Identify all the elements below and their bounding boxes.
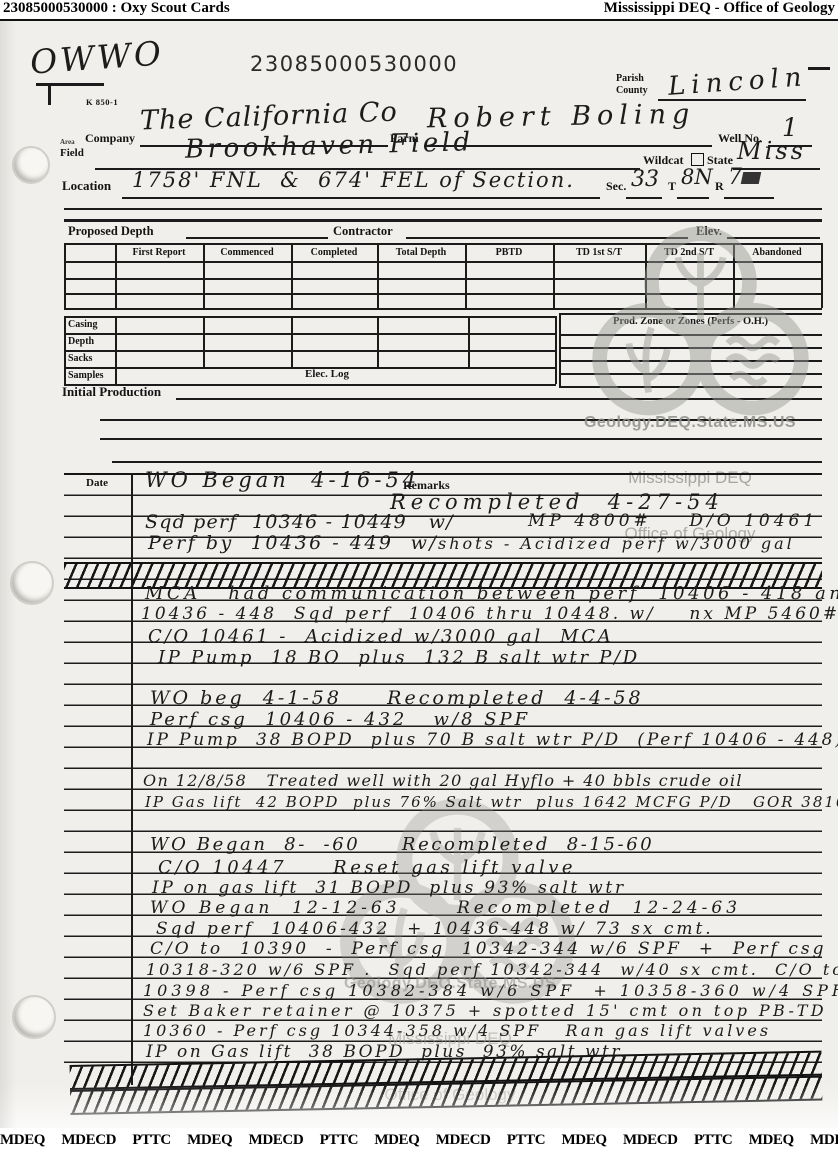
- range-underline: [724, 197, 774, 199]
- initial-production-rule: [176, 398, 822, 400]
- casing-table-rule: [64, 316, 556, 318]
- punch-hole: [12, 995, 56, 1039]
- viewer-title-right: Mississippi DEQ - Office of Geology: [604, 0, 835, 17]
- county-label: County: [616, 85, 648, 96]
- remarks-line: Perf csg 10406 - 432 w/8 SPF: [150, 711, 530, 729]
- remarks-line: 10398 - Perf csg 10382-384 w/6 SPF + 103…: [143, 983, 838, 999]
- remarks-line: IP Gas lift 42 BOPD plus 76% Salt wtr pl…: [145, 795, 838, 810]
- form-number: K 850-1: [86, 97, 118, 107]
- report-table-rule: [377, 243, 379, 308]
- report-table-rule: [64, 293, 822, 295]
- remarks-line: IP on gas lift 31 BOPD plus 93% salt wtr: [152, 880, 626, 897]
- remarks-line: WO Began 4-16-54: [145, 470, 420, 491]
- casing-table-rule: [115, 316, 117, 384]
- casing-row-label: Casing: [68, 319, 97, 330]
- prod-zone-rule: [559, 347, 822, 349]
- report-table-rule: [64, 243, 66, 308]
- township-underline: [677, 197, 709, 199]
- report-col-header: TD 1st S/T: [557, 247, 641, 258]
- state-underline: [733, 168, 820, 170]
- casing-row-label: Sacks: [68, 353, 92, 364]
- casing-table-rule: [64, 316, 66, 384]
- remarks-line: WO Began 8- -60 Recompleted 8-15-60: [150, 836, 654, 854]
- remarks-line: IP Pump 38 BOPD plus 70 B salt wtr P/D (…: [147, 732, 838, 749]
- casing-table-rule: [291, 316, 293, 367]
- date-label: Date: [86, 477, 108, 489]
- range-label: R: [715, 179, 724, 194]
- report-table-rule: [64, 261, 822, 263]
- casing-table-rule: [377, 316, 379, 367]
- remarks-line: On 12/8/58 Treated well with 20 gal Hyfl…: [143, 773, 743, 789]
- report-table-rule: [821, 243, 823, 308]
- viewer-footer: MDEQ MDECD PTTC MDEQ MDECD PTTC MDEQ MDE…: [0, 1130, 838, 1151]
- prod-zone-rule: [559, 334, 822, 336]
- prod-zone-label: Prod. Zone or Zones (Perfs - O.H.): [561, 316, 820, 327]
- scan-artifact-dash: [808, 67, 830, 70]
- sec-underline: [626, 197, 662, 199]
- remarks-line: C/O to 10390 - Perf csg 10342-344 w/6 SP…: [150, 941, 826, 958]
- township-label: T: [668, 179, 676, 194]
- prod-zone-rule: [559, 360, 822, 362]
- prod-zone-rule: [559, 313, 822, 315]
- remarks-line: 10360 - Perf csg 10344-358 w/4 SPF Ran g…: [143, 1023, 771, 1039]
- contractor-underline: [406, 237, 688, 239]
- report-table-rule: [291, 243, 293, 308]
- proposed-depth-label: Proposed Depth: [68, 224, 154, 239]
- area-label: Area: [60, 138, 75, 146]
- report-table-rule: [64, 278, 822, 280]
- remarks-line: 10318-320 w/6 SPF . Sqd perf 10342-344 w…: [146, 962, 838, 978]
- report-col-header: Total Depth: [381, 247, 461, 258]
- scout-card-page: 23085000530000 : Oxy Scout Cards Mississ…: [0, 0, 838, 1151]
- elev-label: Elev.: [696, 224, 722, 239]
- casing-table-rule: [555, 316, 557, 384]
- wildcat-label: Wildcat: [643, 153, 683, 168]
- owwo-underline: [36, 83, 104, 86]
- contractor-label: Contractor: [333, 224, 393, 239]
- field-value: Brookhaven Field: [185, 129, 474, 163]
- casing-table-rule: [468, 316, 470, 367]
- remarks-line: C/O 10447 Reset gas lift valve: [158, 859, 576, 877]
- owwo-annotation: OWWO: [29, 36, 165, 78]
- remarks-line: Recompleted 4-27-54: [390, 492, 724, 513]
- remarks-line: Set Baker retainer @ 10375 + spotted 15'…: [143, 1003, 827, 1019]
- remarks-line: WO beg 4-1-58 Recompleted 4-4-58: [150, 689, 644, 708]
- report-col-header: PBTD: [469, 247, 549, 258]
- casing-table-rule: [64, 350, 556, 352]
- divider-line: [64, 208, 822, 210]
- casing-row-label: Depth: [68, 336, 94, 347]
- remarks-line: MP 4800# D/O 10461: [528, 513, 818, 530]
- remarks-line: C/O 10461 - Acidized w/3000 gal MCA: [148, 628, 614, 646]
- prod-zone-rule: [559, 386, 822, 388]
- field-label: Field: [60, 147, 84, 159]
- initial-production-label: Initial Production: [62, 384, 161, 400]
- report-col-header: TD 2nd S/T: [649, 247, 729, 258]
- watermark-url: Geology.DEQ.State.MS.US: [570, 414, 810, 432]
- punch-hole: [10, 561, 54, 605]
- report-col-header: Abandoned: [737, 247, 817, 258]
- initial-production-rule: [112, 461, 822, 463]
- township-value: 8N: [681, 167, 713, 188]
- initial-production-rule: [100, 419, 822, 421]
- casing-row-label: Samples: [68, 370, 104, 381]
- remarks-line: shots - Acidized perf w/3000 gal: [438, 536, 795, 552]
- punch-hole: [12, 146, 50, 184]
- company-value: The California Co: [140, 99, 399, 135]
- company-label: Company: [85, 131, 135, 146]
- prod-zone-rule: [559, 373, 822, 375]
- proposed-depth-underline: [186, 237, 328, 239]
- section-rule: [64, 219, 822, 222]
- scanned-document: OWWO K 850-1 23085000530000 Parish Count…: [0, 19, 838, 1128]
- report-table-rule: [64, 243, 822, 245]
- remarks-line: Sqd perf 10346 - 10449 w/: [145, 513, 454, 532]
- elec-log-label: Elec. Log: [305, 368, 349, 380]
- api-number-stamp: 23085000530000: [250, 52, 458, 76]
- location-label: Location: [62, 178, 111, 194]
- range-scribble: [741, 172, 762, 184]
- location-value: 1758' FNL & 674' FEL of Section.: [132, 170, 575, 191]
- remarks-line: Perf by 10436 - 449 w/: [148, 534, 438, 553]
- initial-production-rule: [100, 438, 822, 440]
- parish-label: Parish: [616, 73, 644, 84]
- remarks-line: MCA had communication between perf 10406…: [145, 585, 838, 603]
- report-table-rule: [203, 243, 205, 308]
- remarks-line: Sqd perf 10406-432 + 10436-448 w/ 73 sx …: [156, 921, 714, 938]
- viewer-title-left: 23085000530000 : Oxy Scout Cards: [3, 0, 230, 17]
- report-table-rule: [553, 243, 555, 308]
- range-value: 7: [728, 167, 742, 189]
- report-col-header: First Report: [119, 247, 199, 258]
- sec-label: Sec.: [606, 179, 626, 194]
- casing-table-rule: [203, 316, 205, 367]
- remarks-line: 10436 - 448 Sqd perf 10406 thru 10448. w…: [141, 606, 838, 623]
- report-col-header: Commenced: [207, 247, 287, 258]
- report-table-rule: [64, 308, 822, 310]
- state-value: Miss: [737, 139, 806, 163]
- report-table-rule: [115, 243, 117, 308]
- sec-value: 33: [631, 169, 659, 191]
- report-table-rule: [465, 243, 467, 308]
- report-table-rule: [733, 243, 735, 308]
- viewer-header: 23085000530000 : Oxy Scout Cards Mississ…: [0, 0, 838, 19]
- location-underline: [122, 197, 600, 199]
- remarks-line: IP Pump 18 BO plus 132 B salt wtr P/D: [158, 649, 640, 667]
- casing-table-rule: [64, 333, 556, 335]
- report-table-rule: [645, 243, 647, 308]
- elev-underline: [727, 237, 820, 239]
- county-value: Lincoln: [667, 64, 808, 100]
- report-col-header: Completed: [294, 247, 374, 258]
- remarks-line: WO Began 12-12-63 Recompleted 12-24-63: [150, 900, 741, 917]
- owwo-tick: [48, 85, 51, 105]
